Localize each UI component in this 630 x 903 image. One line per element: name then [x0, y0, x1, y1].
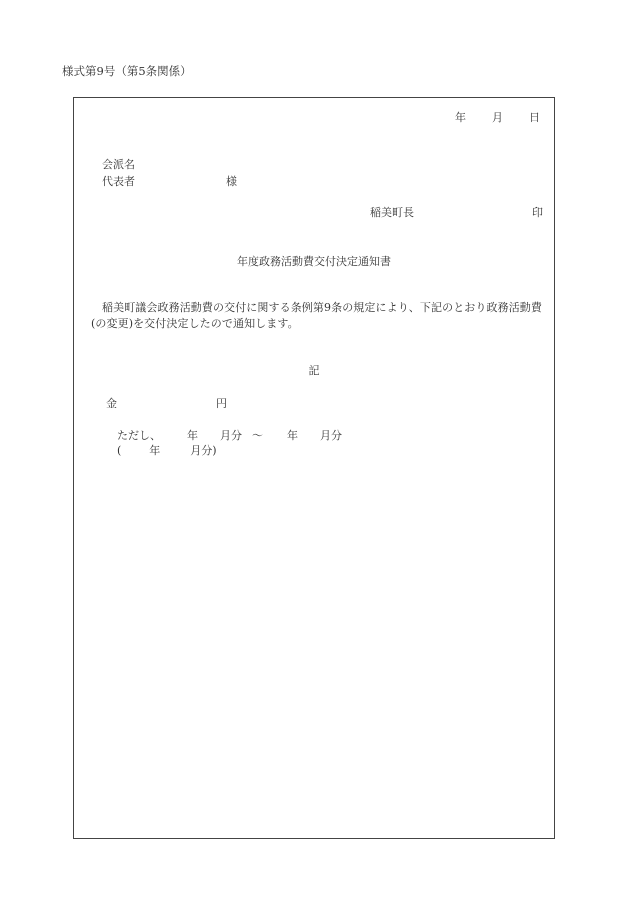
- amount-label: 金: [106, 397, 117, 411]
- group-name-label: 会派名: [102, 158, 135, 172]
- period-to-month: 月分: [320, 429, 342, 442]
- amount-unit: 円: [216, 397, 227, 411]
- period-tilde: ～: [252, 429, 263, 442]
- period-from-year: 年: [187, 429, 198, 442]
- date-month: 月: [492, 111, 503, 125]
- date-day: 日: [529, 111, 540, 125]
- notice-frame: 年月日 会派名 代表者 様 稲美町長 印 年度政務活動費交付決定通知書 稲美町議…: [73, 97, 555, 839]
- seal-mark: 印: [532, 206, 543, 220]
- note-heading: 記: [74, 364, 554, 378]
- period-sub-year: 年: [149, 444, 160, 457]
- date-year: 年: [455, 111, 466, 125]
- honorific: 様: [226, 175, 237, 189]
- period-sub-month: 月分): [190, 444, 216, 457]
- form-number: 様式第9号（第5条関係）: [62, 64, 192, 78]
- issuer-title: 稲美町長: [370, 206, 414, 220]
- period-to-year: 年: [287, 429, 298, 442]
- period-prefix: ただし、: [117, 429, 161, 442]
- representative-label: 代表者: [102, 175, 135, 189]
- body-paragraph: 稲美町議会政務活動費の交付に関する条例第9条の規定により、下記のとおり政務活動費…: [91, 300, 542, 332]
- period-line: ただし、年月分～年月分: [117, 429, 342, 443]
- period-sub-line: (年月分): [117, 444, 217, 458]
- period-sub-open: (: [117, 444, 121, 457]
- period-from-month: 月分: [220, 429, 242, 442]
- date-line: 年月日: [455, 111, 540, 125]
- document-title: 年度政務活動費交付決定通知書: [74, 255, 554, 269]
